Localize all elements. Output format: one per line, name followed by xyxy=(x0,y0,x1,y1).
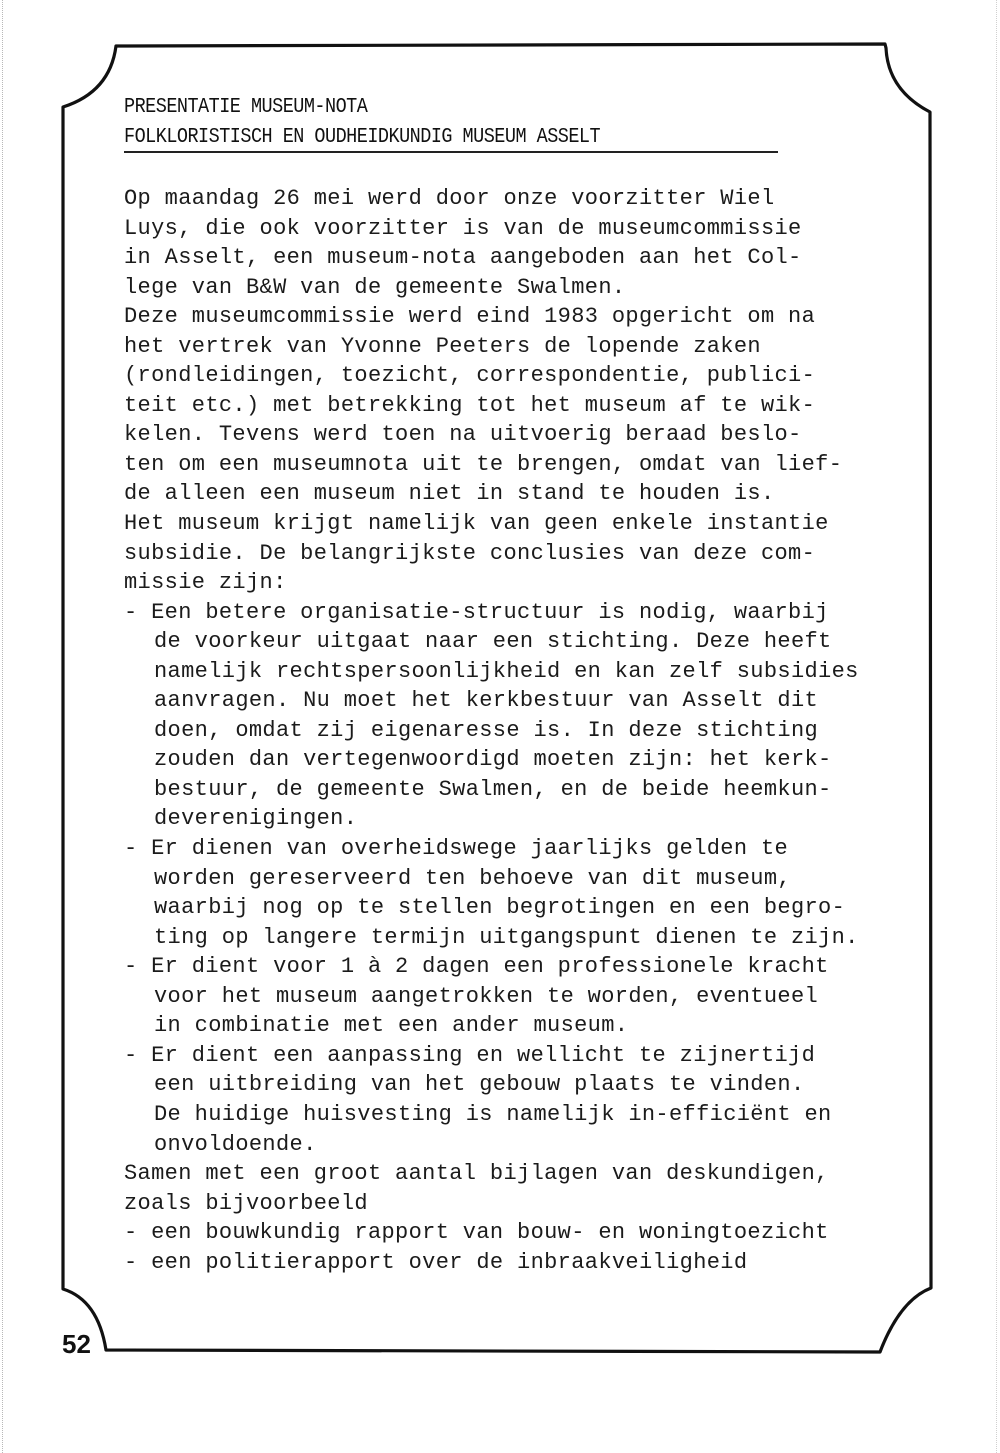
text-line: missie zijn: xyxy=(124,568,914,598)
text-line: - Er dienen van overheidswege jaarlijks … xyxy=(124,834,914,864)
title-line-1: PRESENTATIE MUSEUM-NOTA xyxy=(124,92,600,122)
conclusion-item-funding: - Er dienen van overheidswege jaarlijks … xyxy=(124,834,914,952)
text-line: namelijk rechtspersoonlijkheid en kan ze… xyxy=(124,657,914,687)
text-line: kelen. Tevens werd toen na uitvoerig ber… xyxy=(124,420,914,450)
text-line: - een politierapport over de inbraakveil… xyxy=(124,1248,914,1278)
text-line: - een bouwkundig rapport van bouw- en wo… xyxy=(124,1218,914,1248)
text-line: ting op langere termijn uitgangspunt die… xyxy=(124,923,914,953)
text-line: zoals bijvoorbeeld xyxy=(124,1189,914,1219)
text-line: in Asselt, een museum-nota aangeboden aa… xyxy=(124,243,914,273)
text-line: teit etc.) met betrekking tot het museum… xyxy=(124,391,914,421)
text-line: deverenigingen. xyxy=(124,804,914,834)
text-line: onvoldoende. xyxy=(124,1130,914,1160)
conclusion-item-staff: - Er dient voor 1 à 2 dagen een professi… xyxy=(124,952,914,1041)
intro-paragraph: Op maandag 26 mei werd door onze voorzit… xyxy=(124,184,914,598)
text-line: lege van B&W van de gemeente Swalmen. xyxy=(124,273,914,303)
text-line: waarbij nog op te stellen begrotingen en… xyxy=(124,893,914,923)
document-title: PRESENTATIE MUSEUM-NOTA FOLKLORISTISCH E… xyxy=(124,92,600,152)
text-line: het vertrek van Yvonne Peeters de lopend… xyxy=(124,332,914,362)
text-line: ten om een museumnota uit te brengen, om… xyxy=(124,450,914,480)
text-line: Samen met een groot aantal bijlagen van … xyxy=(124,1159,914,1189)
conclusion-item-building: - Er dient een aanpassing en wellicht te… xyxy=(124,1041,914,1159)
text-line: subsidie. De belangrijkste conclusies va… xyxy=(124,539,914,569)
text-line: De huidige huisvesting is namelijk in-ef… xyxy=(124,1100,914,1130)
text-line: - Er dient een aanpassing en wellicht te… xyxy=(124,1041,914,1071)
text-line: Op maandag 26 mei werd door onze voorzit… xyxy=(124,184,914,214)
text-line: (rondleidingen, toezicht, correspondenti… xyxy=(124,361,914,391)
text-line: de alleen een museum niet in stand te ho… xyxy=(124,479,914,509)
text-line: Het museum krijgt namelijk van geen enke… xyxy=(124,509,914,539)
closing-paragraph: Samen met een groot aantal bijlagen van … xyxy=(124,1159,914,1277)
text-line: de voorkeur uitgaat naar een stichting. … xyxy=(124,627,914,657)
text-line: voor het museum aangetrokken te worden, … xyxy=(124,982,914,1012)
text-line: aanvragen. Nu moet het kerkbestuur van A… xyxy=(124,686,914,716)
title-underline xyxy=(124,151,778,153)
page-number: 52 xyxy=(62,1331,91,1357)
text-line: Luys, die ook voorzitter is van de museu… xyxy=(124,214,914,244)
article-body: Op maandag 26 mei werd door onze voorzit… xyxy=(124,184,914,1277)
text-line: - Een betere organisatie-structuur is no… xyxy=(124,598,914,628)
conclusion-item-organisation: - Een betere organisatie-structuur is no… xyxy=(124,598,914,834)
text-line: bestuur, de gemeente Swalmen, en de beid… xyxy=(124,775,914,805)
title-line-2: FOLKLORISTISCH EN OUDHEIDKUNDIG MUSEUM A… xyxy=(124,122,600,152)
text-line: een uitbreiding van het gebouw plaats te… xyxy=(124,1070,914,1100)
text-line: - Er dient voor 1 à 2 dagen een professi… xyxy=(124,952,914,982)
text-line: zouden dan vertegenwoordigd moeten zijn:… xyxy=(124,745,914,775)
text-line: in combinatie met een ander museum. xyxy=(124,1011,914,1041)
text-line: Deze museumcommissie werd eind 1983 opge… xyxy=(124,302,914,332)
text-line: worden gereserveerd ten behoeve van dit … xyxy=(124,864,914,894)
text-line: doen, omdat zij eigenaresse is. In deze … xyxy=(124,716,914,746)
